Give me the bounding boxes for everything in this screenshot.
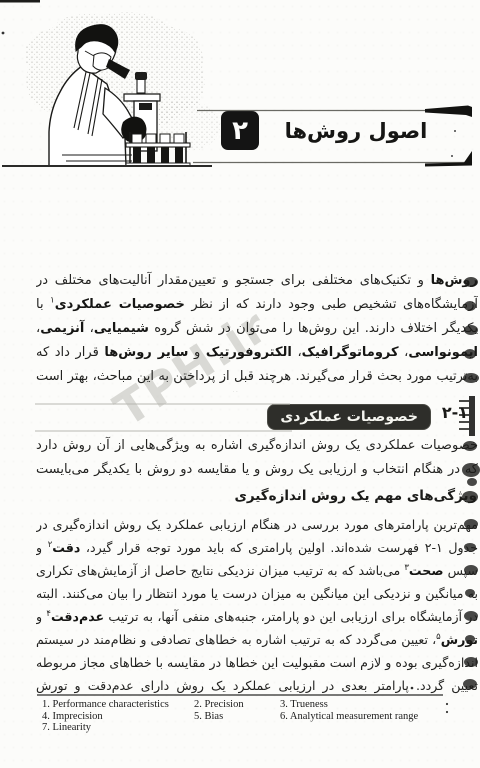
paragraph-section-body: خصوصیات عملکردی یک روش اندازه‌گیری اشاره…: [36, 434, 478, 484]
footnote-item: 5. Bias: [194, 711, 280, 723]
text-run: آنزیمی: [40, 321, 84, 336]
footnote-column-2: 2. Precision5. Bias: [194, 699, 280, 734]
section-number: ۲-۱: [442, 403, 468, 422]
footnote-item: 1. Performance characteristics: [42, 699, 194, 711]
footnote-item: 2. Precision: [194, 699, 280, 711]
footnote-item: 7. Linearity: [42, 722, 194, 734]
section-title: خصوصیات عملکردی: [280, 409, 418, 425]
text-run: خصوصیات عملکردی: [55, 297, 185, 312]
text-run: ایمونواسی: [408, 345, 478, 360]
paragraph-intro: روش‌ها و تکنیک‌های مختلفی برای جستجو و ت…: [36, 269, 478, 392]
text-run: مهم‌ترین پارامترهای مورد بررسی در هنگام …: [36, 517, 478, 555]
text-run: سایر روش‌ها: [104, 345, 188, 360]
paragraph-details: مهم‌ترین پارامترهای مورد بررسی در هنگام …: [36, 513, 478, 698]
scanned-book-page: { "chapter": { "number": "۲", "title": "…: [0, 0, 480, 768]
text-run: ،: [292, 345, 302, 360]
chapter-number: ۲: [232, 116, 248, 146]
footnote-column-1: 1. Performance characteristics4. Impreci…: [42, 699, 194, 734]
footnote-item: 4. Imprecision: [42, 711, 194, 723]
footnotes: 1. Performance characteristics4. Impreci…: [42, 699, 450, 734]
text-run: صحت: [409, 563, 444, 578]
text-run: روش‌ها: [431, 273, 478, 288]
section-title-box: خصوصیات عملکردی: [268, 405, 430, 429]
text-run: شیمیایی: [94, 321, 149, 336]
text-run: و: [188, 345, 205, 360]
text-run: و: [36, 609, 46, 624]
text-run: الکتروفورتیک: [206, 345, 292, 360]
chapter-title: اصول روش‌ها: [278, 119, 434, 143]
footnote-item: 3. Trueness: [280, 699, 450, 711]
footnote-item: 6. Analytical measurement range: [280, 711, 450, 723]
text-run: ،: [399, 345, 409, 360]
text-run: تورش: [441, 632, 478, 647]
text-run: ،: [84, 321, 94, 336]
footnote-column-3: 3. Trueness6. Analytical measurement ran…: [280, 699, 450, 734]
text-run: دقت: [52, 540, 80, 555]
text-run: ، تعیین می‌گردد که به ترتیب اشاره به خطا…: [36, 632, 478, 698]
text-run: خصوصیات عملکردی یک روش اندازه‌گیری اشاره…: [36, 438, 478, 484]
chapter-number-badge: ۲: [221, 111, 259, 150]
subsection-heading: ویژگی‌های مهم یک روش اندازه‌گیری: [36, 488, 477, 504]
text-run: عدم‌دقت: [51, 609, 104, 624]
text-run: کروماتوگرافیک: [302, 345, 399, 360]
